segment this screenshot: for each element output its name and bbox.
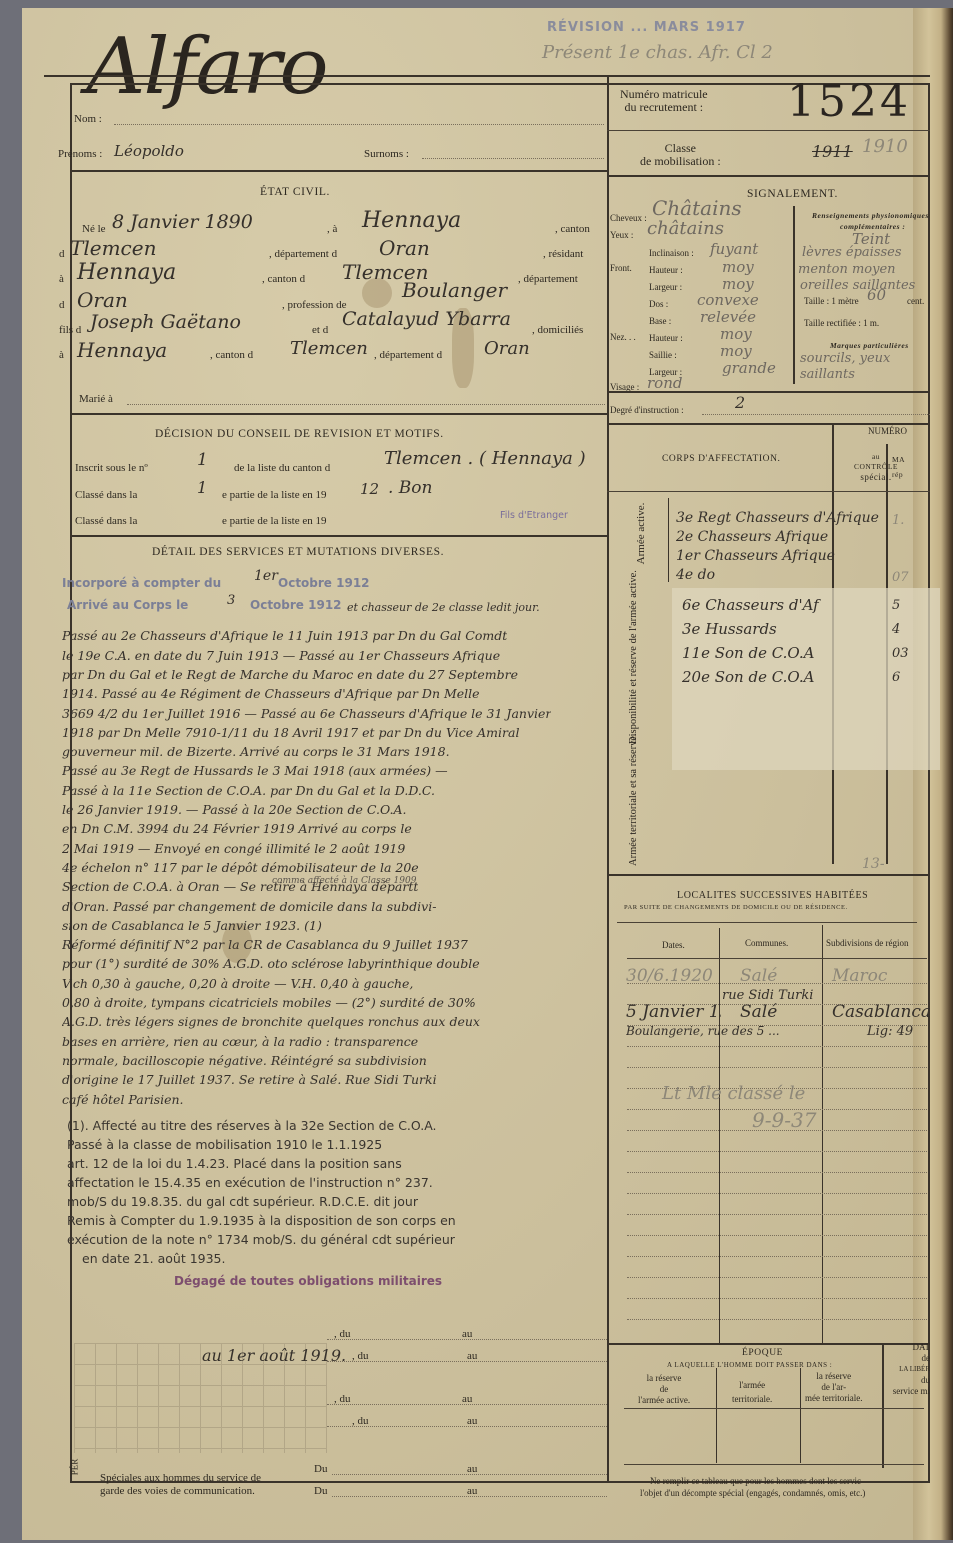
service-line: d'origine le 17 Juillet 1937. Se retire …: [62, 1072, 437, 1087]
incorpore-label: Incorporé à compter du: [62, 576, 221, 590]
divider: [882, 1343, 884, 1468]
ruled-line: [627, 1235, 927, 1236]
marques-value-2: saillants: [800, 367, 855, 382]
epoque-title: ÉPOQUE: [742, 1348, 783, 1358]
du-label: Du: [314, 1485, 327, 1497]
marques-label: Marques particulières: [830, 341, 909, 350]
ruled-line: [627, 1277, 927, 1278]
service-line: en Dn C.M. 3994 du 24 Février 1919 Arriv…: [62, 821, 412, 836]
per-label: PÉR: [69, 1459, 79, 1476]
territoriale-note: 13-: [862, 856, 885, 872]
residence-prefix: à: [59, 273, 64, 285]
localite-date: Boulangerie, rue des 5 ...: [626, 1024, 780, 1038]
localite-subdivision: Casablanca: [832, 1002, 931, 1022]
departement-value: Oran: [379, 236, 430, 260]
service-line: par Dn du Gal et le Regt de Marche du Ma…: [62, 667, 518, 682]
divider: [800, 1368, 801, 1463]
inclinaison-label: Inclinaison :: [649, 248, 694, 258]
front-largeur-label: Largeur :: [649, 282, 682, 292]
divider: [719, 928, 720, 1343]
dep-prefix-2: d: [59, 299, 65, 311]
service-line: 4e échelon n° 117 par le dépôt démobilis…: [62, 860, 419, 875]
col-subdivisions: Subdivisions de région: [826, 938, 909, 948]
corps-entry: 6e Chasseurs d'Af: [682, 596, 819, 614]
departement-label: , département d: [269, 248, 337, 260]
armee-active-label: Armée active.: [635, 491, 648, 576]
column-divider: [607, 75, 609, 1483]
degre-value: 2: [735, 393, 745, 412]
cheveux-value: Châtains: [652, 196, 742, 220]
dom-prefix: à: [59, 349, 64, 361]
menton-value: menton moyen: [798, 262, 896, 277]
dos-label: Dos :: [649, 299, 668, 309]
divider: [607, 874, 930, 876]
divider: [607, 391, 930, 393]
marie-label: Marié à: [79, 393, 113, 405]
localite-commune: Salé: [740, 1002, 777, 1022]
degre-line: [702, 414, 930, 415]
speciales-line2: garde des voies de communication.: [100, 1485, 255, 1497]
footnote-line: Remis à Compter du 1.9.1935 à la disposi…: [67, 1213, 456, 1228]
speciales-line1: Spéciales aux hommes du service de: [100, 1472, 261, 1484]
classe-label: Classede mobilisation :: [640, 142, 721, 168]
classe1-year: 12: [360, 480, 379, 498]
service-line: gouverneur mil. de Bizerte. Arrivé au co…: [62, 744, 450, 759]
corps-number: 1.: [892, 513, 904, 528]
et-label: et d: [312, 324, 328, 336]
revision-stamp: RÉVISION ... MARS 1917: [547, 20, 746, 35]
inclinaison-value: fuyant: [710, 240, 758, 258]
canton-prefix: d: [59, 248, 65, 260]
ruled-line: [627, 1256, 927, 1257]
inscrit-value: 1: [197, 450, 208, 470]
ruled-line: [627, 1046, 927, 1047]
service-line: Passé au 2e Chasseurs d'Afrique le 11 Ju…: [62, 628, 507, 643]
canton-value: Tlemcen: [70, 236, 156, 260]
liste-value: Tlemcen . ( Hennaya ): [384, 448, 586, 469]
classe-date: 9-9-37: [752, 1108, 816, 1132]
front-hauteur-value: moy: [722, 258, 754, 276]
canton-label: , canton: [555, 223, 590, 235]
classe2-label: Classé dans la: [75, 515, 137, 527]
dotted-line: [327, 1339, 607, 1340]
divider: [624, 1464, 924, 1465]
epoque-col-3: la réservede l'ar-mée territoriale.: [805, 1371, 862, 1404]
taille-value: 60: [867, 286, 886, 304]
nez-label: Nez. . .: [610, 332, 636, 342]
service-line: pour (1°) surdité de 30% A.G.D. oto sclé…: [62, 956, 480, 971]
localite-subdivision: Lig: 49: [867, 1024, 913, 1039]
ruled-line: [627, 1298, 927, 1299]
epoque-note-1: Ne remplir ce tableau que pour les homme…: [650, 1476, 930, 1486]
departement-value-2: Oran: [77, 288, 128, 312]
taille-label: Taille : 1 mètre: [804, 296, 859, 306]
base-label: Base :: [649, 316, 671, 326]
divider: [70, 170, 607, 172]
corps-number: 07: [892, 570, 909, 585]
col-communes: Communes.: [745, 938, 788, 948]
service-line: sion de Casablanca le 5 Janvier 1923. (1…: [62, 918, 322, 933]
col-dates: Dates.: [662, 940, 685, 950]
dom-dep-value: Oran: [484, 338, 530, 359]
footnote-line: (1). Affecté au titre des réserves à la …: [67, 1118, 437, 1133]
prenoms-label: Prénoms :: [58, 148, 102, 160]
corps-title: CORPS D'AFFECTATION.: [662, 454, 781, 464]
dom-canton-value: Tlemcen: [290, 338, 368, 359]
service-line: Passé au 3e Regt de Hussards le 3 Mai 19…: [62, 763, 448, 778]
dos-value: convexe: [697, 291, 759, 309]
corps-number: 03: [892, 646, 909, 661]
corps-entry: 2e Chasseurs Afrique: [676, 529, 828, 545]
corps-number: 4: [892, 622, 900, 637]
classe-value-struck: 1911: [812, 142, 853, 161]
service-line: 3669 4/2 du 1er Juillet 1916 — Passé au …: [62, 706, 551, 721]
taille-unit: cent.: [907, 296, 924, 306]
ruled-line: [627, 1319, 927, 1320]
surnoms-label: Surnoms :: [364, 148, 409, 160]
service-line: 1914. Passé au 4e Régiment de Chasseurs …: [62, 686, 480, 701]
footnote-line: en date 21. août 1935.: [82, 1251, 226, 1266]
classe1-label: Classé dans la: [75, 489, 137, 501]
dotted-line: [332, 1474, 607, 1475]
classe1-note: . Bon: [388, 478, 432, 498]
divider: [607, 423, 930, 425]
epoque-col-1: la réservedel'armée active.: [638, 1373, 690, 1406]
visage-value: rond: [647, 374, 682, 392]
arrive-month: Octobre 1912: [250, 598, 342, 612]
footnote-line: art. 12 de la loi du 1.4.23. Placé dans …: [67, 1156, 402, 1171]
divider: [617, 922, 917, 923]
marie-line: [127, 404, 605, 405]
corps-number: 6: [892, 670, 900, 685]
epoque-note-2: l'objet d'un décompte spécial (engagés, …: [640, 1488, 930, 1498]
father-name: Joseph Gaëtano: [90, 311, 241, 333]
divider: [607, 130, 930, 131]
localite-date: 5 Janvier 1923: [626, 1002, 721, 1022]
domicilies-label: , domiciliés: [532, 324, 583, 336]
divider: [607, 175, 930, 177]
oreilles-value: oreilles saillantes: [800, 278, 915, 293]
levres-value: lèvres épaisses: [802, 245, 902, 260]
localites-subtitle: PAR SUITE DE CHANGEMENTS DE DOMICILE OU …: [624, 904, 848, 911]
numero-header: NUMÉRO: [868, 426, 907, 436]
matricule-label: Numéro matriculedu recrutement :: [620, 88, 708, 114]
front-label: Front.: [610, 263, 632, 273]
ruled-line: [627, 1109, 927, 1110]
corps-entry: 3e Regt Chasseurs d'Afrique: [676, 510, 879, 526]
epoque-subtitle: A LAQUELLE L'HOMME DOIT PASSER DANS :: [667, 1361, 832, 1369]
corps-number: 5: [892, 598, 900, 613]
nom-line: [114, 124, 604, 125]
brace: [668, 498, 669, 582]
front-hauteur-label: Hauteur :: [649, 265, 683, 275]
degre-label: Degré d'instruction :: [610, 405, 684, 415]
footnote-line: affectation le 15.4.35 en exécution de l…: [67, 1175, 433, 1190]
ruled-line: [627, 1088, 927, 1089]
ruled-line: [627, 1151, 927, 1152]
service-line: le 26 Janvier 1919. — Passé à la 20e Sec…: [62, 802, 407, 817]
corps-entry: 3e Hussards: [682, 620, 777, 638]
arrive-day: 3: [227, 593, 235, 608]
marques-value-1: sourcils, yeux: [800, 351, 890, 366]
ruled-line: [627, 1172, 927, 1173]
birth-date: 8 Janvier 1890: [112, 211, 253, 233]
footnote-line: mob/S du 19.8.35. du gal cdt supérieur. …: [67, 1194, 418, 1209]
matricule-value: 1524: [787, 76, 911, 127]
disponibilite-label: Disponibilité et réserve de l'armée acti…: [627, 584, 640, 744]
localite-date: 30/6.1920: [626, 966, 713, 986]
fils-etranger-stamp: Fils d'Etranger: [500, 510, 568, 521]
divider: [624, 1408, 924, 1409]
ruled-line: [627, 1130, 927, 1131]
base-value: relevée: [700, 308, 756, 326]
dotted-line: [327, 1426, 607, 1427]
partie-label: e partie de la liste en 19: [222, 489, 326, 501]
service-line: d'Oran. Passé par changement de domicile…: [62, 899, 436, 914]
signalement-divider: [793, 206, 795, 384]
degage-stamp: Dégagé de toutes obligations militaires: [174, 1274, 442, 1288]
du-label: Du: [314, 1463, 327, 1475]
dotted-line: [327, 1404, 607, 1405]
footnote-line: Passé à la classe de mobilisation 1910 l…: [67, 1137, 382, 1152]
surnoms-line: [422, 158, 604, 159]
service-line: 1918 par Dn Melle 7910-1/11 du 18 Avril …: [62, 725, 519, 740]
ne-le-label: Né le: [82, 223, 106, 235]
service-line: café hôtel Parisien.: [62, 1092, 184, 1107]
canton-label-2: , canton d: [262, 273, 305, 285]
localite-commune: rue Sidi Turki: [722, 988, 813, 1003]
partie2-label: e partie de la liste en 19: [222, 515, 326, 527]
territoriale-label: Armée territoriale et sa réserve.: [627, 746, 640, 866]
divider: [716, 1368, 717, 1463]
profession-value: Boulanger: [402, 278, 507, 302]
dom-place: Hennaya: [77, 338, 167, 362]
residant-label: , résidant: [543, 248, 583, 260]
nez-hauteur-value: moy: [720, 325, 752, 343]
divider: [607, 491, 930, 492]
incorpore-day: 1er: [254, 568, 278, 584]
renseignements-label: Renseignements physionomiques: [812, 211, 929, 220]
top-note: Présent 1e chas. Afr. Cl 2: [542, 42, 773, 63]
profession-label: , profession de: [282, 299, 346, 311]
au-aout-value: au 1er août 1919.: [202, 1346, 346, 1365]
divider: [70, 535, 607, 537]
saillie-label: Saillie :: [649, 350, 677, 360]
taille-rectifiee-label: Taille rectifiée : 1 m.: [804, 318, 879, 328]
classe1-value: 1: [197, 478, 207, 497]
corps-entry: 1er Chasseurs Afrique: [676, 548, 835, 564]
localites-title: LOCALITES SUCCESSIVES HABITÉES: [677, 890, 868, 901]
incorpore-month: Octobre 1912: [278, 576, 370, 590]
service-line: 0,80 à droite, tympans cicatriciels mobi…: [62, 995, 476, 1010]
residence-value: Hennaya: [77, 260, 176, 285]
date-liberation-col: DATdeLA LIBÉRduservice mi: [888, 1342, 930, 1397]
arrive-label: Arrivé au Corps le: [67, 598, 188, 612]
service-line: bases en arrière, rien au cœur, à la rad…: [62, 1034, 418, 1049]
yeux-value: châtains: [647, 218, 724, 239]
corps-entry: 11e Son de C.O.A: [682, 644, 814, 662]
fils-label: fils d: [59, 324, 81, 336]
prenoms-value: Léopoldo: [114, 142, 184, 160]
corps-entry: 4e do: [676, 567, 715, 583]
birth-place: Hennaya: [362, 208, 461, 233]
divider: [627, 958, 927, 959]
service-line: Réformé définitif N°2 par la CR de Casab…: [62, 937, 468, 952]
footnote-line: exécution de la note n° 1734 mob/S. du g…: [67, 1232, 455, 1247]
a-label: , à: [327, 223, 337, 235]
cheveux-label: Cheveux :: [610, 213, 647, 223]
service-line: A.G.D. très légers signes de bronchite q…: [62, 1014, 480, 1029]
service-line: et chasseur de 2e classe ledit jour.: [347, 601, 540, 614]
register-page: Alfaro RÉVISION ... MARS 1917 Présent 1e…: [22, 8, 953, 1540]
dotted-line: [327, 1361, 607, 1362]
services-title: DÉTAIL DES SERVICES ET MUTATIONS DIVERSE…: [152, 546, 444, 558]
localite-subdivision: Maroc: [832, 966, 887, 986]
etat-civil-title: ÉTAT CIVIL.: [260, 186, 330, 198]
divider: [70, 413, 607, 415]
service-line: normale, bacilloscopie négative. Réintég…: [62, 1053, 427, 1068]
decision-title: DÉCISION DU CONSEIL DE REVISION ET MOTIF…: [155, 428, 444, 440]
mother-name: Catalayud Ybarra: [342, 308, 511, 330]
saillie-value: moy: [720, 342, 752, 360]
ruled-line: [627, 1193, 927, 1194]
liste-label: de la liste du canton d: [234, 462, 330, 474]
dom-canton-label: , canton d: [210, 349, 253, 361]
service-line: Passé à la 11e Section de C.O.A. par Dn …: [62, 783, 435, 798]
nom-label: Nom :: [74, 113, 102, 125]
nez-hauteur-label: Hauteur :: [649, 333, 683, 343]
corps-entry: 20e Son de C.O.A: [682, 668, 814, 686]
dotted-line: [332, 1496, 607, 1497]
service-line: 2 Mai 1919 — Envoyé en congé illimité le…: [62, 841, 405, 856]
localite-commune: Salé: [740, 966, 777, 986]
nez-largeur-value: grande: [722, 359, 776, 377]
ruled-line: [627, 1067, 927, 1068]
inscrit-label: Inscrit sous le nº: [75, 462, 148, 474]
matricule-col-header: MArép: [892, 452, 905, 482]
service-line: V.ch 0,30 à gauche, 0,20 à droite — V.H.…: [62, 976, 413, 991]
ruled-line: [627, 1214, 927, 1215]
classe-note: Lt Mle classé le: [662, 1083, 805, 1104]
service-line: le 19e C.A. en date du 7 Juin 1913 — Pas…: [62, 648, 500, 663]
comme-note: comme affecté à la Classe 1909: [272, 876, 416, 886]
yeux-label: Yeux :: [610, 230, 633, 240]
signalement-title: SIGNALEMENT.: [747, 188, 838, 200]
dom-dep-label: , département d: [374, 349, 442, 361]
epoque-col-2: l'arméeterritoriale.: [732, 1378, 772, 1406]
divider: [822, 925, 823, 1343]
classe-value: 1910: [862, 136, 908, 157]
departement-label-2: , département: [518, 273, 578, 285]
